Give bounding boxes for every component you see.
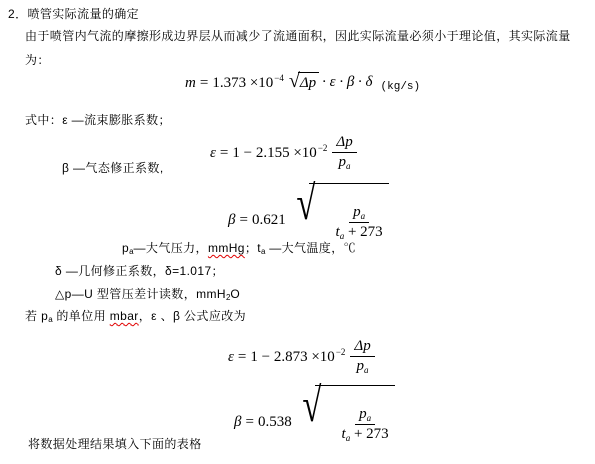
closing-instruction: 将数据处理结果填入下面的表格 (28, 437, 202, 452)
denominator-base: p (357, 358, 365, 374)
fraction: Δp pa (350, 338, 374, 375)
fraction-numerator: pa (349, 204, 369, 223)
where-clause: 式中：ε —流束膨胀系数； (25, 113, 171, 128)
formula-epsilon-mbar: ε=1 − 2.873 ×10−2 Δp pa (228, 338, 375, 375)
paragraph-line-2: 为： (25, 53, 50, 68)
equals-sign: = (220, 145, 228, 161)
formula-epsilon-mmhg: ε=1 − 2.155 ×10−2 Δp pa (210, 134, 357, 171)
unit-mmhg: mmHg (208, 241, 245, 255)
numerator-subscript: a (361, 211, 366, 221)
h2o-suffix: O (230, 287, 240, 301)
dp-definition: △p—U 型管压差计读数，mmH2O (55, 287, 240, 305)
equals-sign: = (200, 75, 208, 91)
radical-group: √Δp (289, 72, 319, 92)
fraction-denominator: ta + 273 (336, 223, 383, 241)
section-heading: 2．喷管实际流量的确定 (8, 7, 139, 22)
radical-group: √ pa ta + 273 (295, 385, 395, 460)
formula-body-run: β=0.621 (228, 212, 286, 229)
numerator-subscript: a (367, 413, 372, 423)
body-text: 1 − 2.155 ×10 (232, 145, 316, 161)
unit-mbar: mbar (110, 309, 139, 323)
formula-body-run: β=0.538 (234, 414, 292, 431)
fraction-numerator: Δp (332, 134, 356, 153)
fraction: pa ta + 273 (342, 406, 389, 443)
fraction: Δp pa (332, 134, 356, 171)
denominator-constant: + 273 (344, 224, 382, 240)
separator: ； (245, 241, 257, 255)
radicand: Δp (298, 72, 319, 92)
coefficient: 0.621 (252, 212, 286, 228)
formula-body-run: ε=1 − 2.873 ×10−2 (228, 347, 345, 366)
condition-prefix: 若 p (25, 309, 48, 323)
exponent: −4 (274, 73, 284, 83)
variable-beta: β (228, 212, 235, 228)
ta-description: —大气温度，℃ (265, 241, 356, 255)
mbar-condition: 若 pa 的单位用 mbar，ε 、β 公式应改为 (25, 309, 246, 327)
radical-sign-icon: √ (302, 385, 321, 427)
fraction-numerator: Δp (350, 338, 374, 357)
formula-mass-flow: m=1.373 ×10−4 √Δp · ε · β · δ (kg/s) (185, 72, 420, 92)
fraction: pa ta + 273 (336, 204, 383, 241)
variable-epsilon: ε (210, 145, 216, 161)
numerator-base: p (353, 204, 361, 220)
radical-sign-icon: √ (296, 183, 315, 225)
fraction-denominator: pa (339, 153, 351, 171)
beta-description: β —气态修正系数, (62, 161, 164, 176)
coefficient: 0.538 (258, 414, 292, 430)
coefficient: 1.373 ×10 (212, 75, 273, 91)
dp-description: △p—U 型管压差计读数，mmH (55, 287, 226, 301)
fraction-numerator: pa (355, 406, 375, 425)
formula-tail: · ε · β · δ (322, 74, 372, 91)
formula-lhs-run: m=1.373 ×10−4 (185, 73, 284, 92)
pa-description: —大气压力， (134, 241, 208, 255)
formula-body-run: ε=1 − 2.155 ×10−2 (210, 143, 327, 162)
equals-sign: = (239, 212, 247, 228)
paragraph-line-1: 由于喷管内气流的摩擦形成边界层从而减少了流通面积，因此实际流量必须小于理论值，其… (25, 29, 571, 44)
body-text: 1 − 2.873 ×10 (250, 349, 334, 365)
formula-beta-mbar: β=0.538 √ pa ta + 273 (234, 385, 395, 460)
variable-m: m (185, 75, 196, 91)
fraction-denominator: ta + 273 (342, 425, 389, 443)
condition-middle: 的单位用 (53, 309, 110, 323)
equals-sign: = (238, 349, 246, 365)
exponent: −2 (318, 143, 328, 153)
delta-definition: δ —几何修正系数，δ=1.017； (55, 264, 224, 279)
denominator-subscript: a (364, 365, 369, 375)
document-page: { "symbols": { "radical": "√" }, "docume… (0, 0, 595, 464)
denominator-constant: + 273 (350, 426, 388, 442)
numerator-base: p (359, 406, 367, 422)
unit-label: (kg/s) (381, 81, 421, 93)
fraction-denominator: pa (357, 357, 369, 375)
exponent: −2 (336, 347, 346, 357)
variable-epsilon: ε (228, 349, 234, 365)
denominator-base: p (339, 154, 347, 170)
equals-sign: = (245, 414, 253, 430)
pa-ta-definition: pa—大气压力，mmHg；ta —大气温度，℃ (122, 241, 356, 259)
denominator-subscript: a (346, 161, 351, 171)
condition-suffix: ，ε 、β 公式应改为 (139, 309, 246, 323)
radicand: pa ta + 273 (315, 385, 395, 460)
variable-beta: β (234, 414, 241, 430)
